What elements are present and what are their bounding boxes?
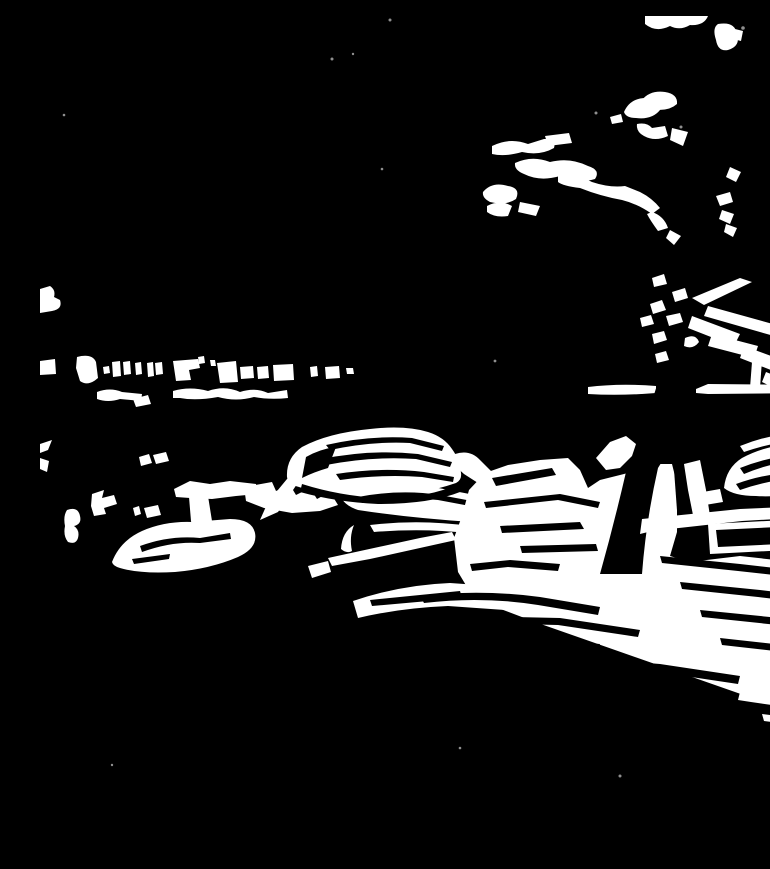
ink-speck <box>595 112 598 115</box>
ink-speck <box>680 126 683 129</box>
ink-speck <box>459 747 462 750</box>
print-artwork <box>40 16 770 853</box>
ink-speck <box>619 775 622 778</box>
horizon-bar-right <box>696 384 770 394</box>
ink-speck <box>63 114 66 117</box>
right-car-plate-inner-dark <box>716 527 770 547</box>
ink-speck <box>352 53 354 55</box>
ink-speck <box>389 19 392 22</box>
ink-speck <box>494 360 497 363</box>
ink-speck <box>381 168 384 171</box>
shapes-layer <box>40 16 770 853</box>
ink-speck <box>111 764 113 766</box>
ink-speck <box>741 26 745 30</box>
horizon-bar-left <box>588 385 656 395</box>
artwork-canvas <box>40 16 770 853</box>
ink-speck <box>331 58 334 61</box>
